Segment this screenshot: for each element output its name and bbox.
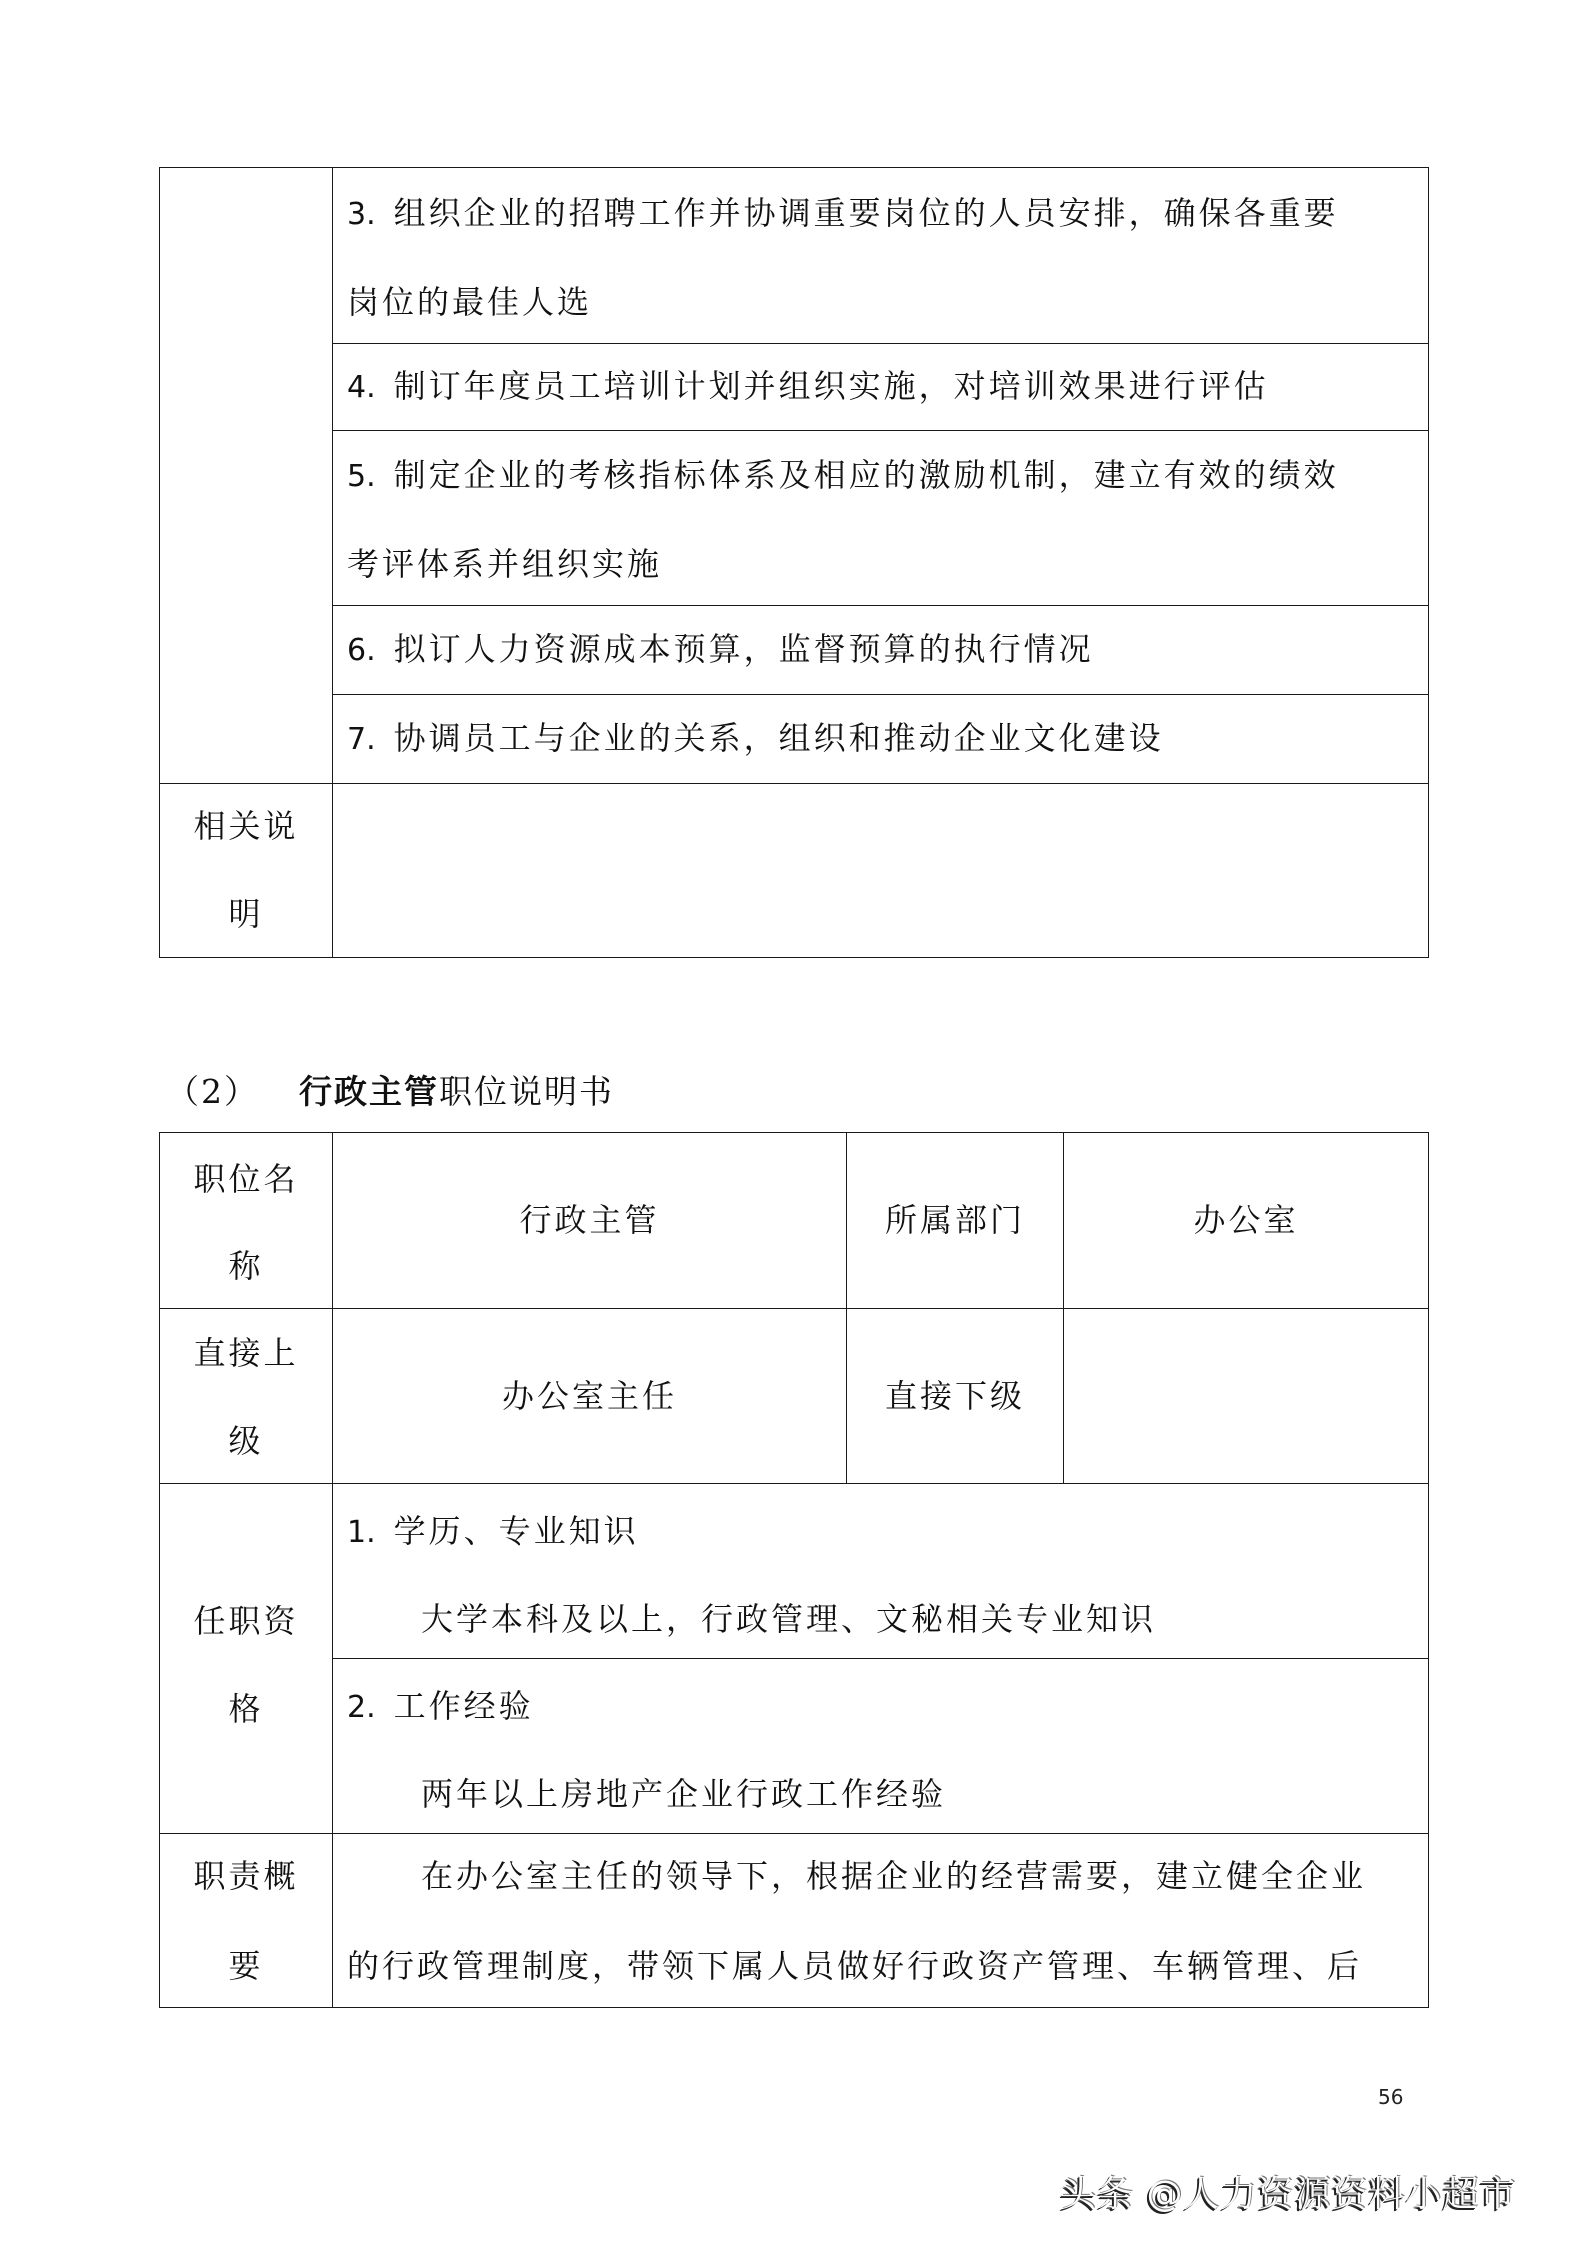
superior-value-cell: 办公室主任 <box>332 1308 847 1484</box>
qualifications-label-line1: 任职资 <box>160 1601 332 1641</box>
subordinate-value-cell <box>1063 1308 1429 1484</box>
summary-line2: 的行政管理制度，带领下属人员做好行政资产管理、车辆管理、后 <box>347 1946 1362 1986</box>
duty-item-5: 5.制定企业的考核指标体系及相应的激励机制，建立有效的绩效 考评体系并组织实施 <box>332 430 1429 606</box>
notes-label-line1: 相关说 <box>160 806 332 846</box>
item-number: 6. <box>347 633 376 668</box>
notes-label-cell: 相关说 明 <box>159 783 333 958</box>
position-name-value: 行政主管 <box>333 1200 846 1240</box>
qualification-experience-cell: 2.工作经验 两年以上房地产企业行政工作经验 <box>332 1658 1429 1834</box>
duty-item-6: 6.拟订人力资源成本预算，监督预算的执行情况 <box>332 605 1429 695</box>
summary-value-cell: 在办公室主任的领导下，根据企业的经营需要，建立健全企业 的行政管理制度，带领下属… <box>332 1833 1429 2008</box>
subordinate-label-cell: 直接下级 <box>846 1308 1064 1484</box>
item-text-continued: 岗位的最佳人选 <box>347 282 592 322</box>
summary-label-line2: 要 <box>160 1946 332 1986</box>
superior-label-cell: 直接上 级 <box>159 1308 333 1484</box>
superior-value: 办公室主任 <box>333 1376 846 1416</box>
qualification-title: 工作经验 <box>394 1687 534 1725</box>
qualification-detail: 两年以上房地产企业行政工作经验 <box>421 1774 946 1814</box>
page-number: 56 <box>1378 2085 1403 2109</box>
department-label-cell: 所属部门 <box>846 1132 1064 1309</box>
qualification-number: 1. <box>347 1515 376 1550</box>
superior-label-line2: 级 <box>160 1421 332 1461</box>
notes-label-line2: 明 <box>160 894 332 934</box>
item-number: 7. <box>347 722 376 757</box>
position-name-label-cell: 职位名 称 <box>159 1132 333 1309</box>
qualification-education-cell: 1.学历、专业知识 大学本科及以上，行政管理、文秘相关专业知识 <box>332 1483 1429 1659</box>
summary-line1: 在办公室主任的领导下，根据企业的经营需要，建立健全企业 <box>421 1856 1366 1896</box>
item-text: 协调员工与企业的关系，组织和推动企业文化建设 <box>394 719 1164 757</box>
item-text: 拟订人力资源成本预算，监督预算的执行情况 <box>394 630 1094 668</box>
qualification-title: 学历、专业知识 <box>394 1512 639 1550</box>
department-value: 办公室 <box>1064 1200 1428 1240</box>
qualifications-label-cell: 任职资 格 <box>159 1483 333 1834</box>
section-heading: （2）行政主管职位说明书 <box>166 1071 614 1113</box>
qualifications-label-line2: 格 <box>160 1689 332 1729</box>
subordinate-label: 直接下级 <box>847 1376 1063 1416</box>
section-number: （2） <box>166 1072 259 1111</box>
source-watermark: 头条 @人力资源资料小超市 <box>1060 2166 1516 2217</box>
qualification-number: 2. <box>347 1690 376 1725</box>
position-name-label-line1: 职位名 <box>160 1159 332 1199</box>
position-name-value-cell: 行政主管 <box>332 1132 847 1309</box>
section-title-rest: 职位说明书 <box>439 1072 614 1111</box>
notes-value-cell <box>332 783 1429 958</box>
item-text: 组织企业的招聘工作并协调重要岗位的人员安排，确保各重要 <box>394 194 1339 232</box>
summary-label-line1: 职责概 <box>160 1856 332 1896</box>
item-text-continued: 考评体系并组织实施 <box>347 544 662 584</box>
duty-item-3: 3.组织企业的招聘工作并协调重要岗位的人员安排，确保各重要 岗位的最佳人选 <box>332 167 1429 344</box>
duty-item-7: 7.协调员工与企业的关系，组织和推动企业文化建设 <box>332 694 1429 784</box>
item-number: 4. <box>347 370 376 405</box>
department-value-cell: 办公室 <box>1063 1132 1429 1309</box>
duty-item-4: 4.制订年度员工培训计划并组织实施，对培训效果进行评估 <box>332 343 1429 431</box>
summary-label-cell: 职责概 要 <box>159 1833 333 2008</box>
section-title-bold: 行政主管 <box>299 1072 439 1111</box>
item-number: 3. <box>347 197 376 232</box>
qualification-detail: 大学本科及以上，行政管理、文秘相关专业知识 <box>421 1599 1156 1639</box>
responsibilities-label-cell <box>159 167 333 784</box>
position-name-label-line2: 称 <box>160 1246 332 1286</box>
item-number: 5. <box>347 459 376 494</box>
department-label: 所属部门 <box>847 1200 1063 1240</box>
superior-label-line1: 直接上 <box>160 1333 332 1373</box>
item-text: 制定企业的考核指标体系及相应的激励机制，建立有效的绩效 <box>394 456 1339 494</box>
item-text: 制订年度员工培训计划并组织实施，对培训效果进行评估 <box>394 367 1269 405</box>
